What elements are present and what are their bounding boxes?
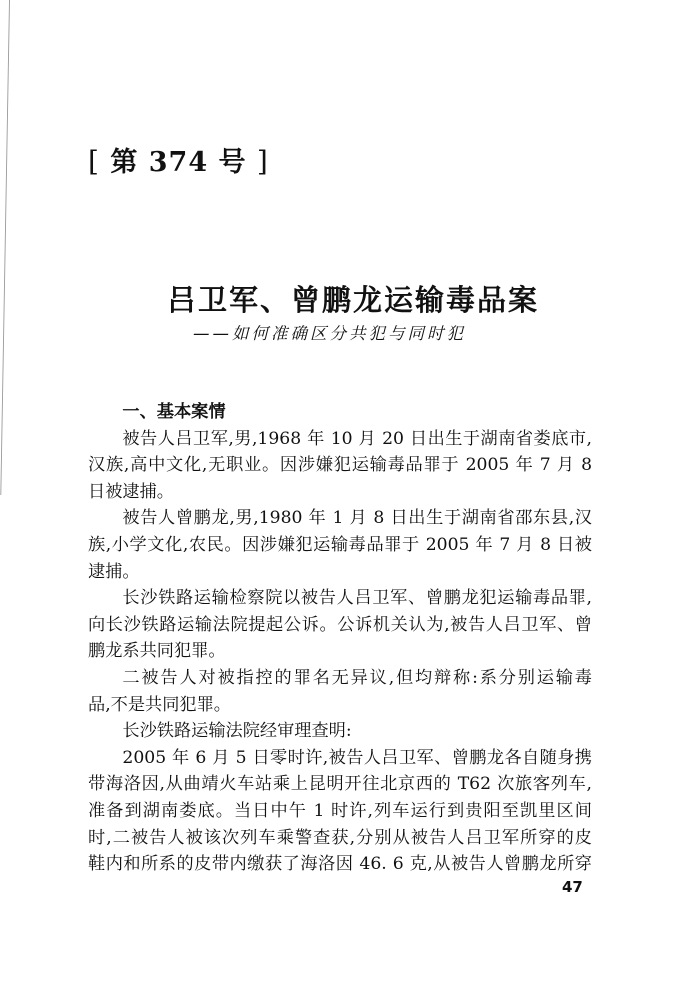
case-subtitle: ——如何准确区分共犯与同时犯 bbox=[193, 320, 466, 344]
text-line: 被告人曾鹏龙,男,1980 年 1 月 8 日出生于湖南省邵东县,汉 bbox=[88, 505, 592, 532]
text-line: 日被逮捕。 bbox=[88, 479, 592, 506]
text-line: 汉族,高中文化,无职业。因涉嫌犯运输毒品罪于 2005 年 7 月 8 bbox=[88, 452, 592, 479]
paragraph-defense: 二被告人对被指控的罪名无异议,但均辩称:系分别运输毒 品,不是共同犯罪。 bbox=[88, 665, 592, 718]
text-line: 时,二被告人被该次列车乘警查获,分别从被告人吕卫军所穿的皮 bbox=[88, 825, 592, 852]
text-line: 二被告人对被指控的罪名无异议,但均辩称:系分别运输毒 bbox=[88, 665, 592, 692]
text-line: 鹏龙系共同犯罪。 bbox=[88, 638, 592, 665]
text-line: 2005 年 6 月 5 日零时许,被告人吕卫军、曾鹏龙各自随身携 bbox=[88, 745, 592, 772]
close-bracket: ] bbox=[257, 145, 269, 178]
text-line: 族,小学文化,农民。因涉嫌犯运输毒品罪于 2005 年 7 月 8 日被 bbox=[88, 532, 592, 559]
text-line: 向长沙铁路运输法院提起公诉。公诉机关认为,被告人吕卫军、曾 bbox=[88, 612, 592, 639]
text-line: 长沙铁路运输法院经审理查明: bbox=[88, 718, 592, 745]
text-line: 鞋内和所系的皮带内缴获了海洛因 46. 6 克,从被告人曾鹏龙所穿 bbox=[88, 851, 592, 878]
paragraph-defendant-2: 被告人曾鹏龙,男,1980 年 1 月 8 日出生于湖南省邵东县,汉 族,小学文… bbox=[88, 505, 592, 585]
section-heading: 一、基本案情 bbox=[88, 399, 592, 426]
text-line: 准备到湖南娄底。当日中午 1 时许,列车运行到贵阳至凯里区间 bbox=[88, 798, 592, 825]
text-line: 带海洛因,从曲靖火车站乘上昆明开往北京西的 T62 次旅客列车, bbox=[88, 771, 592, 798]
open-bracket: [ bbox=[88, 145, 100, 178]
text-line: 长沙铁路运输检察院以被告人吕卫军、曾鹏龙犯运输毒品罪, bbox=[88, 585, 592, 612]
document-body: 一、基本案情 被告人吕卫军,男,1968 年 10 月 20 日出生于湖南省娄底… bbox=[88, 399, 592, 878]
paragraph-defendant-1: 被告人吕卫军,男,1968 年 10 月 20 日出生于湖南省娄底市, 汉族,高… bbox=[88, 426, 592, 506]
text-line: 被告人吕卫军,男,1968 年 10 月 20 日出生于湖南省娄底市, bbox=[88, 426, 592, 453]
case-number-label: 第 374 号 bbox=[110, 147, 246, 178]
paragraph-facts: 2005 年 6 月 5 日零时许,被告人吕卫军、曾鹏龙各自随身携 带海洛因,从… bbox=[88, 745, 592, 878]
paragraph-court-finding: 长沙铁路运输法院经审理查明: bbox=[88, 718, 592, 745]
case-title: 吕卫军、曾鹏龙运输毒品案 bbox=[0, 278, 698, 319]
scan-edge-line bbox=[0, 0, 12, 500]
page-number: 47 bbox=[562, 878, 583, 896]
text-line: 品,不是共同犯罪。 bbox=[88, 692, 592, 719]
paragraph-prosecution: 长沙铁路运输检察院以被告人吕卫军、曾鹏龙犯运输毒品罪, 向长沙铁路运输法院提起公… bbox=[88, 585, 592, 665]
text-line: 逮捕。 bbox=[88, 559, 592, 586]
case-number: [ 第 374 号 ] bbox=[88, 140, 269, 179]
